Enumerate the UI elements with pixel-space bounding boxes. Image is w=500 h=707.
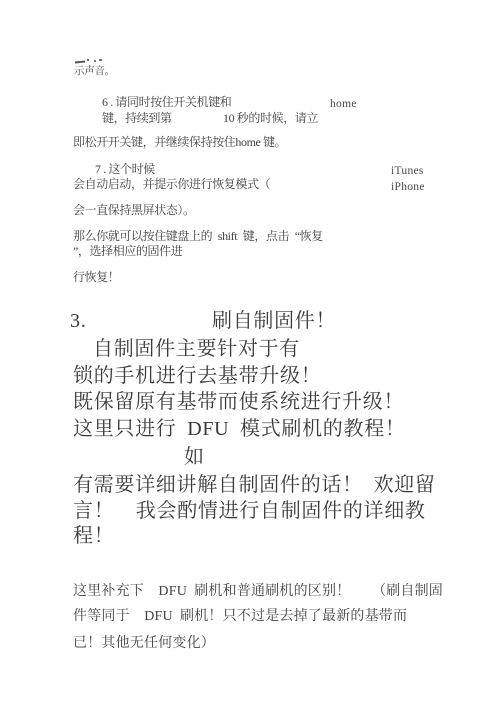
fragment-stroke [75,60,85,63]
step7-line1: 7 . 这个时候 [95,163,155,176]
step7-itunes-keyword: iTunes [391,165,424,177]
step6-line1-home-keyword: home [330,98,357,110]
document-page: 示声音。 6 . 请同时按住开关机键和 home 键，持续到第 10 秒的时候，… [0,0,500,707]
restore-line1: 那么你就可以按住键盘上的 shift 键，点击 “恢复 [73,230,323,243]
section3-body-line: 程！ [73,525,114,547]
section3-body-line: 言！ 我会酌情进行自制固件的详细教 [73,500,426,522]
section3-body-line: 这里只进行 DFU 模式刷机的教程！ [73,418,406,440]
section3-title: 刷自制固件！ [212,310,336,332]
step7-line2: 会自动启动，并提示你进行恢复模式（ [73,178,270,191]
step6-line1: 6 . 请同时按住开关机键和 [102,96,231,109]
section3-body-line: 有需要详细讲解自制固件的话！ 欢迎留 [73,474,436,496]
section3-body-line: 既保留原有基带而使系统进行升级！ [73,391,404,413]
section3-body-line: 如 [184,446,205,468]
fragment-dot [87,59,89,61]
fragment-dot [94,60,96,62]
step6-line2-continued: 10 秒的时候，请立 [223,112,318,125]
restore-line3: 行恢复！ [73,271,119,284]
note-line3: 已！其他无任何变化） [73,636,215,651]
step6-line2: 键，持续到第 [102,112,172,125]
section3-body-line: 自制固件主要针对于有 [93,338,300,360]
section3-number: 3. [70,310,86,332]
section3-body-line: 锁的手机进行去基带升级！ [73,365,321,387]
step7-line3: 会一直保持黑屏状态）。 [73,204,195,217]
cutoff-text-line: 示声音。 [74,66,115,78]
step7-iphone-keyword: iPhone [391,181,425,193]
fragment-dot [99,59,102,61]
step6-line3: 即松开开关键，并继续保持按住home 键。 [73,136,286,149]
note-line1: 这里补充下 DFU 刷机和普通刷机的区别！ （刷自制固 [73,584,443,599]
note-line2: 件等同于 DFU 刷机！只不过是去掉了最新的基带而 [73,609,407,624]
restore-line2: ”，选择相应的固件进 [73,245,182,258]
clipped-character-fragments [74,58,108,64]
